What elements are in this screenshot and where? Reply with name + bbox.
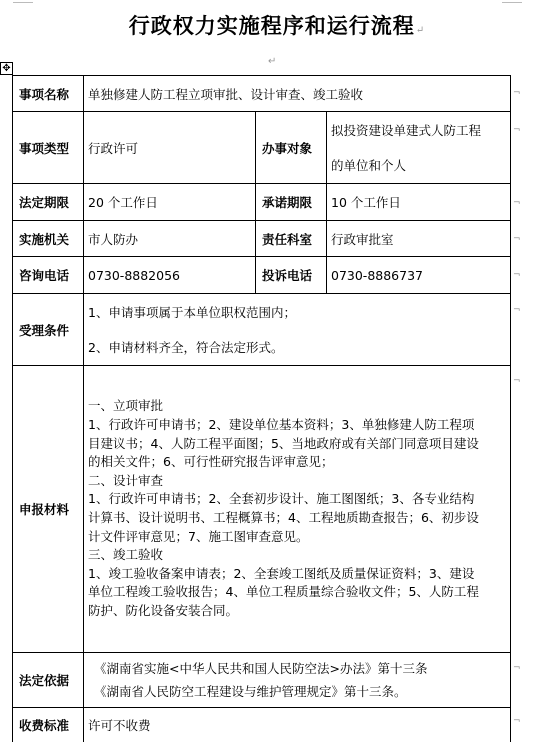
material-line: 1、行政许可申请书；2、建设单位基本资料；3、单独修建人防工程项 xyxy=(88,416,506,435)
department-value: 行政审批室 xyxy=(327,221,511,257)
item-type-label: 事项类型 xyxy=(13,112,84,184)
material-line: 计文件评审意见；7、施工图审查意见。 xyxy=(88,528,506,547)
row-end-mark: ¬ xyxy=(513,270,521,280)
material-line: 单位工程竣工验收报告；4、单位工程质量综合验收文件；5、人防工程 xyxy=(88,583,506,602)
material-line: 1、竣工验收备案申请表；2、全套竣工图纸及质量保证资料；3、建设 xyxy=(88,565,506,584)
consult-phone-value: 0730-8882056 xyxy=(84,257,256,294)
department-label: 责任科室 xyxy=(256,221,327,257)
row-item-name: 事项名称 单独修建人防工程立项审批、设计审查、竣工验收 xyxy=(13,76,511,112)
row-period: 法定期限 20 个工作日 承诺期限 10 个工作日 xyxy=(13,184,511,221)
target-value: 拟投资建设单建式人防工程 的单位和个人 xyxy=(327,112,511,184)
page-title: 行政权力实施程序和运行流程↵ xyxy=(0,10,554,40)
materials-label: 申报材料 xyxy=(13,366,84,653)
item-name-value: 单独修建人防工程立项审批、设计审查、竣工验收 xyxy=(84,76,511,112)
promised-period-label: 承诺期限 xyxy=(256,184,327,221)
row-agency: 实施机关 市人防办 责任科室 行政审批室 xyxy=(13,221,511,257)
row-fee: 收费标准 许可不收费 xyxy=(13,708,511,742)
row-end-mark: ¬ xyxy=(513,663,521,673)
row-end-mark: ¬ xyxy=(513,88,521,98)
item-name-label: 事项名称 xyxy=(13,76,84,112)
material-line: 防护、防化设备安装合同。 xyxy=(88,602,506,621)
condition-line: 1、申请事项属于本单位职权范围内； xyxy=(88,295,506,330)
material-line: 二、设计审查 xyxy=(88,472,506,491)
empty-paragraph-mark: ↵ xyxy=(268,56,276,67)
material-line: 1、行政许可申请书；2、全套初步设计、施工图图纸；3、各专业结构 xyxy=(88,490,506,509)
complaint-phone-label: 投诉电话 xyxy=(256,257,327,294)
row-end-mark: ¬ xyxy=(513,125,521,135)
legal-period-label: 法定期限 xyxy=(13,184,84,221)
row-conditions: 受理条件 1、申请事项属于本单位职权范围内； 2、申请材料齐全，符合法定形式。 xyxy=(13,294,511,366)
row-legal-basis: 法定依据 《湖南省实施<中华人民共和国人民防空法>办法》第十三条 《湖南省人民防… xyxy=(13,653,511,708)
material-line: 计算书、设计说明书、工程概算书；4、工程地质勘查报告；6、初步设 xyxy=(88,509,506,528)
target-line: 拟投资建设单建式人防工程 xyxy=(331,113,506,148)
row-end-mark: ¬ xyxy=(513,305,521,315)
row-end-mark: ¬ xyxy=(513,376,521,386)
paragraph-mark: ↵ xyxy=(416,25,425,36)
agency-value: 市人防办 xyxy=(84,221,256,257)
row-item-type: 事项类型 行政许可 办事对象 拟投资建设单建式人防工程 的单位和个人 xyxy=(13,112,511,184)
agency-label: 实施机关 xyxy=(13,221,84,257)
materials-value: 一、立项审批 1、行政许可申请书；2、建设单位基本资料；3、单独修建人防工程项 … xyxy=(84,366,511,653)
fee-label: 收费标准 xyxy=(13,708,84,742)
material-line: 三、竣工验收 xyxy=(88,546,506,565)
row-phone: 咨询电话 0730-8882056 投诉电话 0730-8886737 xyxy=(13,257,511,294)
title-text: 行政权力实施程序和运行流程 xyxy=(129,13,415,38)
target-line: 的单位和个人 xyxy=(331,148,506,183)
legal-basis-label: 法定依据 xyxy=(13,653,84,708)
legal-basis-line: 《湖南省人民防空工程建设与维护管理规定》第十三条。 xyxy=(94,680,506,703)
material-line: 的相关文件；6、可行性研究报告评审意见； xyxy=(88,453,506,472)
page-corner-mark-left xyxy=(13,0,33,3)
legal-period-value: 20 个工作日 xyxy=(84,184,256,221)
row-end-mark: ¬ xyxy=(513,716,521,726)
target-label: 办事对象 xyxy=(256,112,327,184)
consult-phone-label: 咨询电话 xyxy=(13,257,84,294)
page-corner-mark-right xyxy=(502,0,522,3)
row-materials: 申报材料 一、立项审批 1、行政许可申请书；2、建设单位基本资料；3、单独修建人… xyxy=(13,366,511,653)
item-type-value: 行政许可 xyxy=(84,112,256,184)
complaint-phone-value: 0730-8886737 xyxy=(327,257,511,294)
conditions-label: 受理条件 xyxy=(13,294,84,366)
row-end-mark: ¬ xyxy=(513,234,521,244)
legal-basis-value: 《湖南省实施<中华人民共和国人民防空法>办法》第十三条 《湖南省人民防空工程建设… xyxy=(84,653,511,708)
material-line: 一、立项审批 xyxy=(88,397,506,416)
row-end-mark: ¬ xyxy=(513,198,521,208)
material-line: 目建议书；4、人防工程平面图；5、当地政府或有关部门同意项目建设 xyxy=(88,435,506,454)
table-move-handle-icon[interactable]: ✥ xyxy=(0,62,13,75)
process-table: 事项名称 单独修建人防工程立项审批、设计审查、竣工验收 事项类型 行政许可 办事… xyxy=(12,75,511,742)
promised-period-value: 10 个工作日 xyxy=(327,184,511,221)
conditions-value: 1、申请事项属于本单位职权范围内； 2、申请材料齐全，符合法定形式。 xyxy=(84,294,511,366)
fee-value: 许可不收费 xyxy=(84,708,511,742)
condition-line: 2、申请材料齐全，符合法定形式。 xyxy=(88,330,506,365)
legal-basis-line: 《湖南省实施<中华人民共和国人民防空法>办法》第十三条 xyxy=(94,657,506,680)
